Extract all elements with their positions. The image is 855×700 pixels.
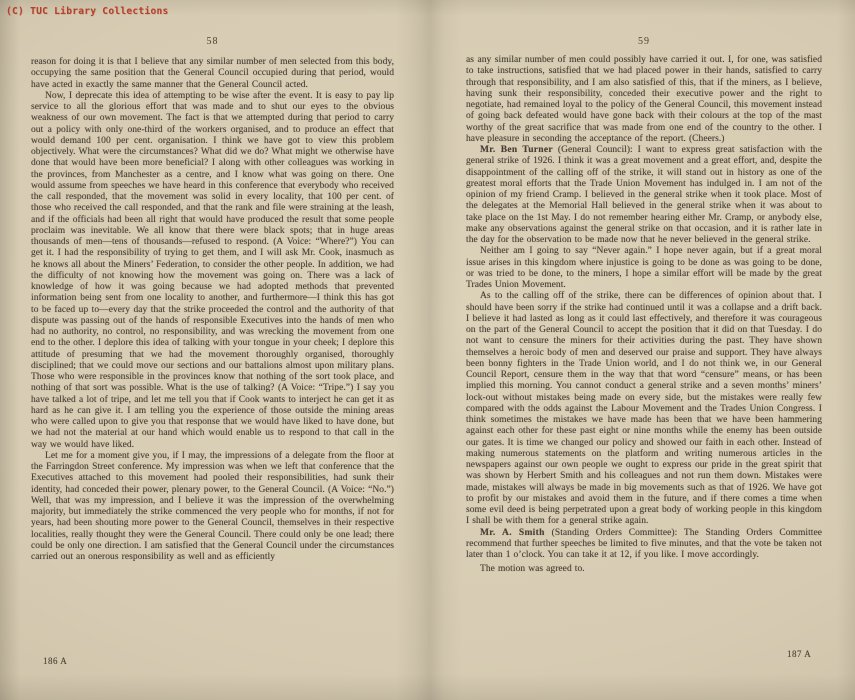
page-left: 58 reason for doing it is that I believe…	[31, 36, 394, 563]
page-body-left: reason for doing it is that I believe th…	[31, 57, 394, 563]
paragraph: Now, I deprecate this idea of attempting…	[31, 91, 394, 451]
speaker-name: Mr. Ben Turner	[480, 145, 558, 155]
paragraph: As to the calling off of the strike, the…	[466, 291, 822, 527]
page-number-right: 59	[466, 36, 822, 47]
paragraph: Mr. Ben Turner (General Council): I want…	[466, 145, 822, 246]
paragraph: Neither am I going to say “Never again.”…	[466, 246, 822, 291]
library-watermark: (C) TUC Library Collections	[6, 6, 169, 17]
paragraph: Mr. A. Smith (Standing Orders Committee)…	[466, 528, 822, 562]
page-footer-left: 186 A	[43, 656, 67, 666]
page-body-right: as any similar number of men could possi…	[466, 55, 822, 576]
book-scan: (C) TUC Library Collections 58 reason fo…	[0, 0, 855, 700]
speaker-name: Mr. A. Smith	[480, 528, 552, 538]
paragraph: The motion was agreed to.	[466, 564, 822, 575]
paragraph: Let me for a moment give you, if I may, …	[31, 451, 394, 564]
paragraph: reason for doing it is that I believe th…	[31, 57, 394, 91]
page-number-left: 58	[31, 36, 394, 47]
page-right: 59 as any similar number of men could po…	[466, 36, 822, 576]
paragraph: as any similar number of men could possi…	[466, 55, 822, 145]
page-footer-right: 187 A	[787, 649, 811, 659]
